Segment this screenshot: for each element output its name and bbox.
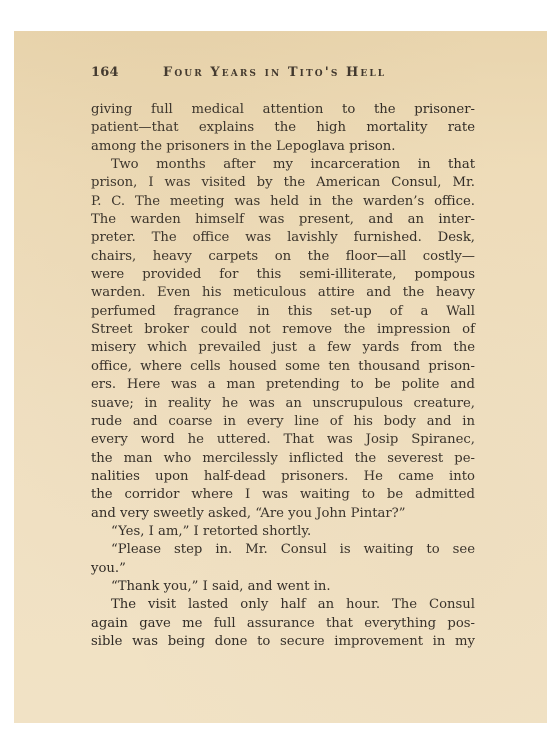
text-line: nalities upon half-dead prisoners. He ca… xyxy=(91,468,475,486)
text-line: among the prisoners in the Lepoglava pri… xyxy=(91,138,475,156)
text-line: patient—that explains the high mortality… xyxy=(91,119,475,137)
text-line: you.” xyxy=(91,560,475,578)
text-line: chairs, heavy carpets on the floor—all c… xyxy=(91,248,475,266)
book-title: Four Years in Tito's Hell xyxy=(163,65,386,80)
text-line: every word he uttered. That was Josip Sp… xyxy=(91,431,475,449)
text-line: preter. The office was lavishly furnishe… xyxy=(91,229,475,247)
text-line: perfumed fragrance in this set-up of a W… xyxy=(91,303,475,321)
text-line: sible was being done to secure improveme… xyxy=(91,633,475,651)
text-line: the corridor where I was waiting to be a… xyxy=(91,486,475,504)
text-line: and very sweetly asked, “Are you John Pi… xyxy=(91,505,475,523)
text-line: the man who mercilessly inflicted the se… xyxy=(91,450,475,468)
text-line: The warden himself was present, and an i… xyxy=(91,211,475,229)
text-line: “Thank you,” I said, and went in. xyxy=(91,578,475,596)
text-line: were provided for this semi-illiterate, … xyxy=(91,266,475,284)
text-line: office, where cells housed some ten thou… xyxy=(91,358,475,376)
text-line: “Yes, I am,” I retorted shortly. xyxy=(91,523,475,541)
text-line: P. C. The meeting was held in the warden… xyxy=(91,193,475,211)
text-line: rude and coarse in every line of his bod… xyxy=(91,413,475,431)
text-line: suave; in reality he was an unscrupulous… xyxy=(91,395,475,413)
book-page: 164 Four Years in Tito's Hell giving ful… xyxy=(14,31,547,723)
text-line: Two months after my incarceration in tha… xyxy=(91,156,475,174)
text-line: “Please step in. Mr. Consul is waiting t… xyxy=(91,541,475,559)
text-line: giving full medical attention to the pri… xyxy=(91,101,475,119)
running-head: 164 Four Years in Tito's Hell xyxy=(91,65,475,85)
text-line: prison, I was visited by the American Co… xyxy=(91,174,475,192)
text-line: misery which prevailed just a few yards … xyxy=(91,339,475,357)
page-number: 164 xyxy=(91,65,119,80)
text-line: ers. Here was a man pretending to be pol… xyxy=(91,376,475,394)
text-line: warden. Even his meticulous attire and t… xyxy=(91,284,475,302)
text-line: Street broker could not remove the impre… xyxy=(91,321,475,339)
text-line: The visit lasted only half an hour. The … xyxy=(91,596,475,614)
text-line: again gave me full assurance that everyt… xyxy=(91,615,475,633)
body-text: giving full medical attention to the pri… xyxy=(91,101,475,651)
